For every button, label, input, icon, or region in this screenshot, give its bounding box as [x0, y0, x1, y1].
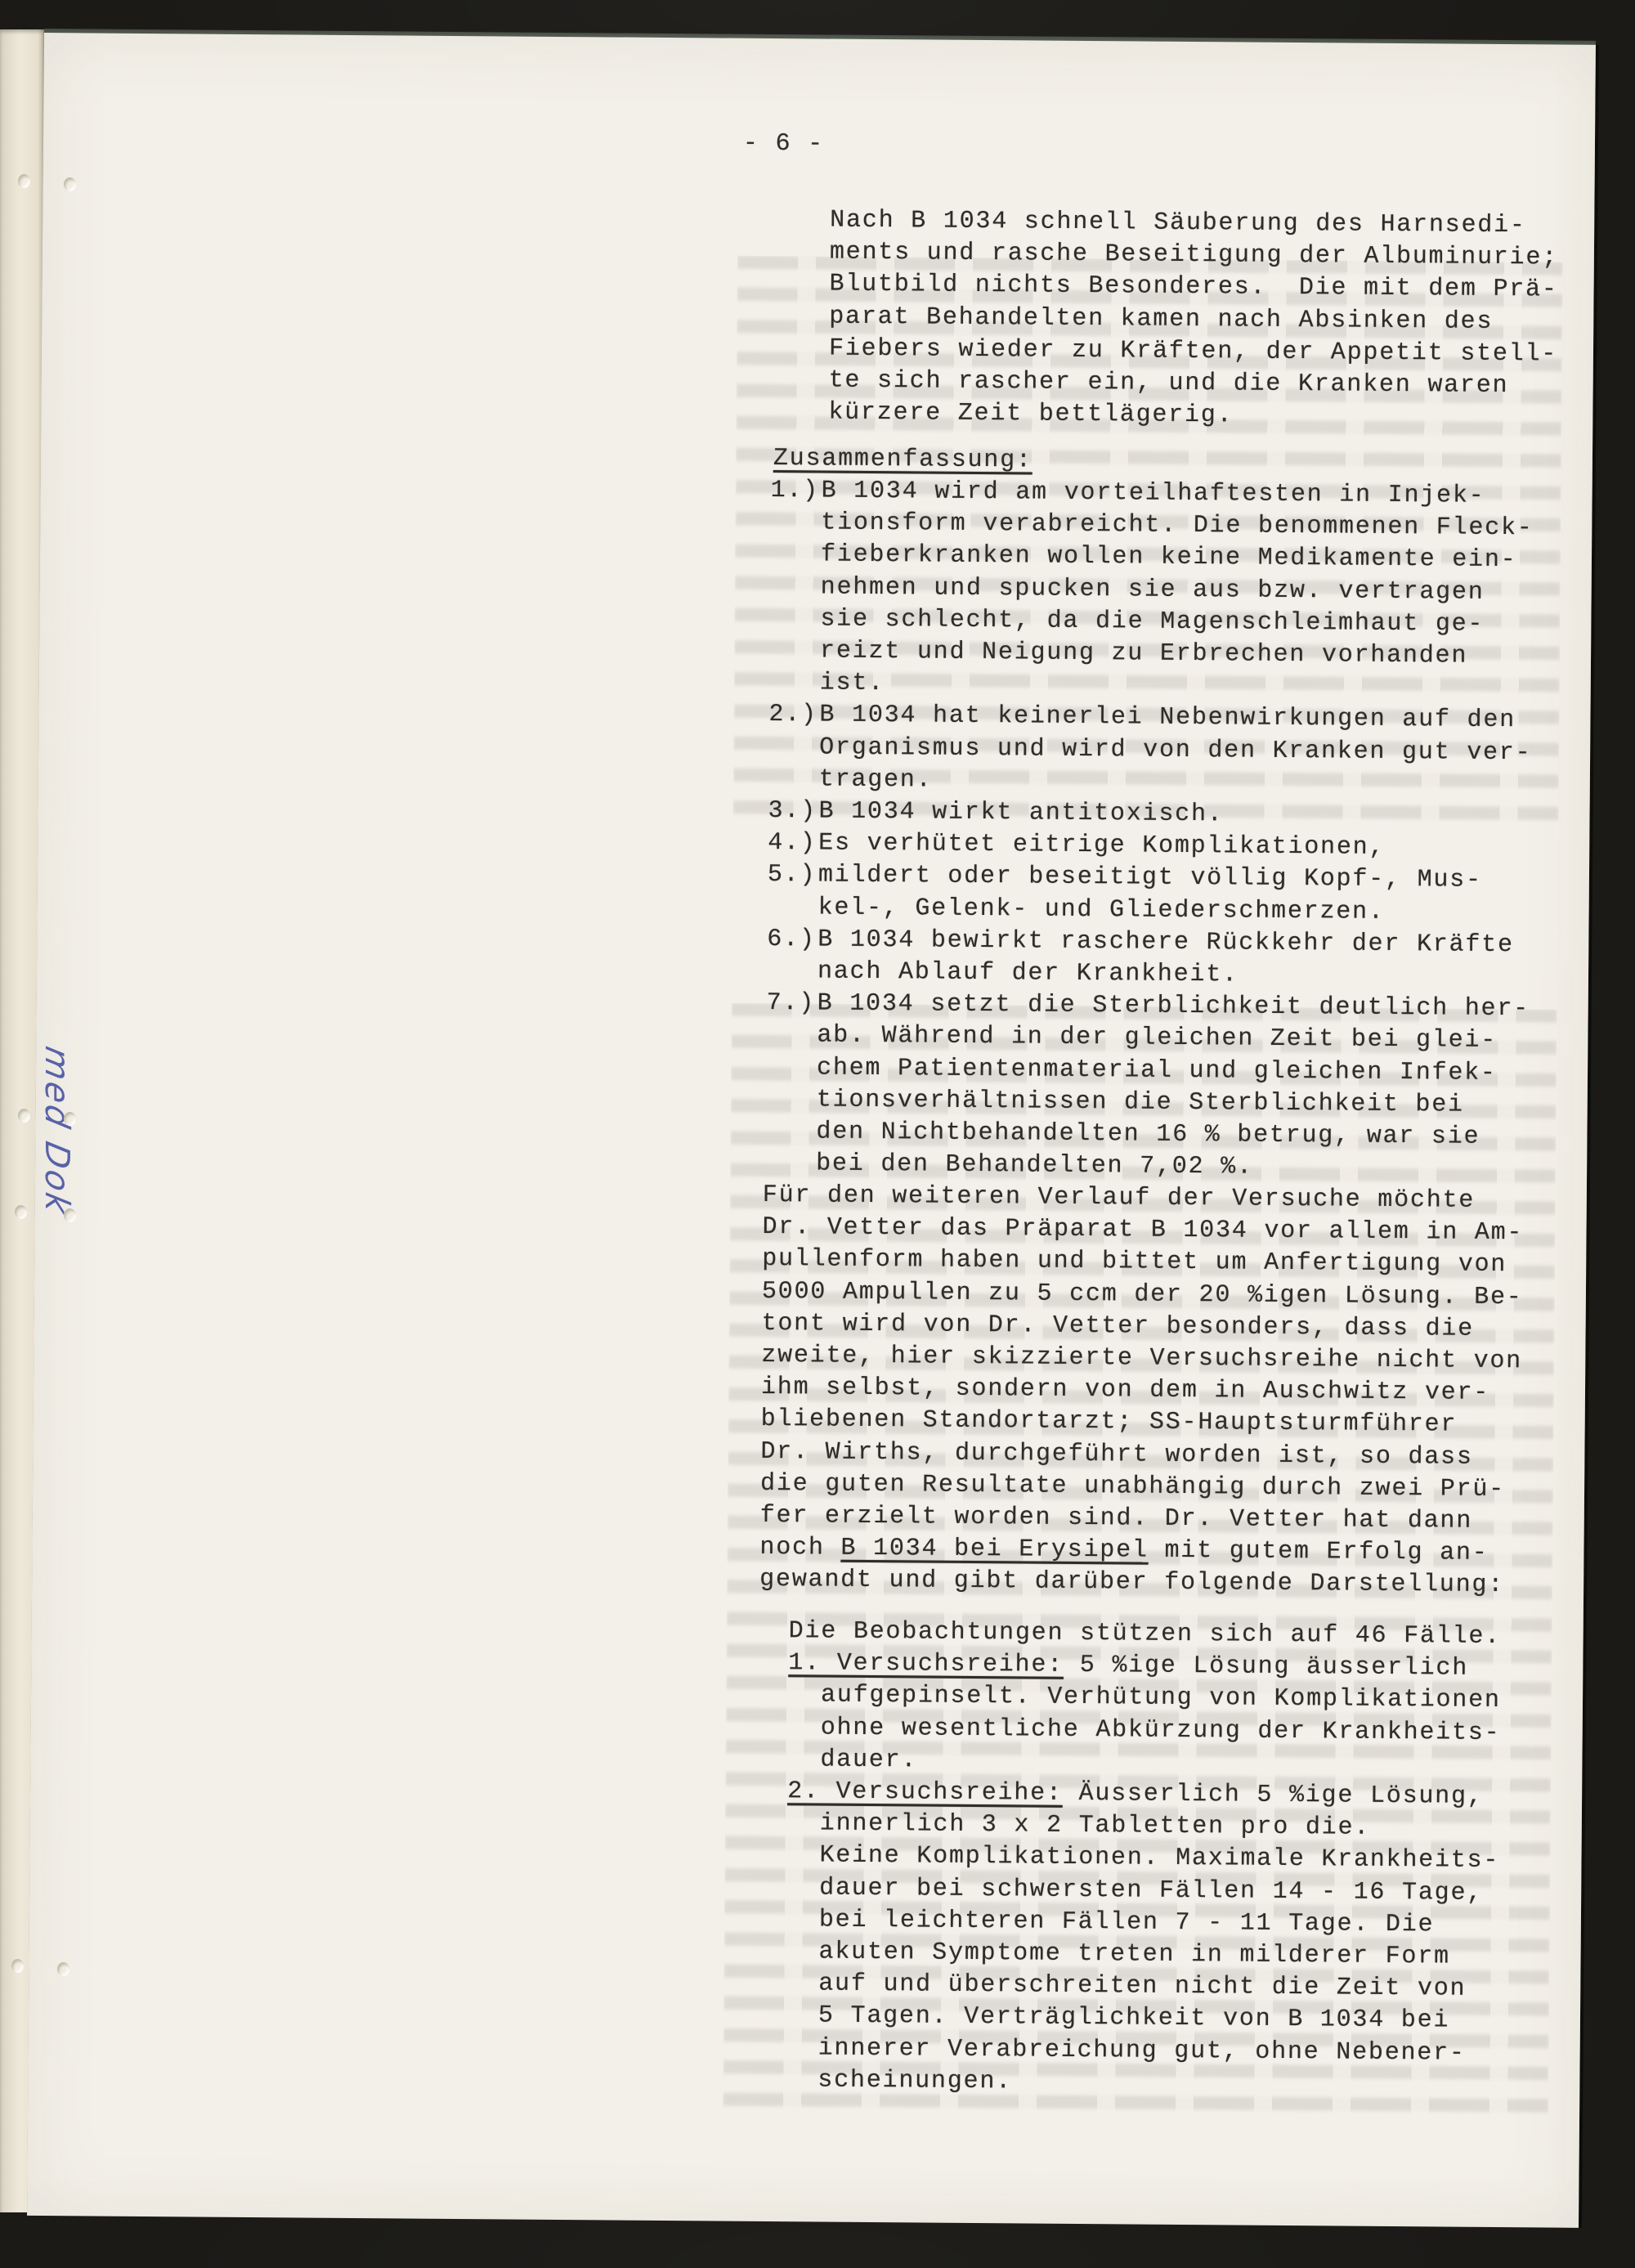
text-segment: Äusserlich 5 %ige Lösung, — [1063, 1780, 1484, 1811]
summary-item: 1.) B 1034 wird am vorteilhaftesten in I… — [769, 475, 1556, 706]
item-text: mildert oder beseitigt völlig Kopf-, Mus… — [817, 860, 1552, 930]
item-number: 3.) — [768, 796, 817, 828]
item-text: B 1034 bewirkt raschere Rückkehr der Krä… — [817, 924, 1552, 993]
margin-note-handwritten: med Dok — [34, 1042, 77, 1271]
underlined-phrase: B 1034 bei Erysipel — [840, 1535, 1149, 1565]
series-label: 2. Versuchsreihe: — [787, 1777, 1063, 1808]
text-line: scheinungen. — [817, 2064, 1545, 2102]
text-line: 5 Tagen. Verträglichkeit von B 1034 bei — [818, 2001, 1546, 2038]
text-line: nehmen und spucken sie aus bzw. vertrage… — [821, 571, 1555, 609]
scan-background: { "page": { "number_label": "- 6 -", "ma… — [0, 0, 1635, 2268]
punch-dent — [18, 1109, 30, 1123]
text-segment: noch — [759, 1534, 840, 1562]
text-line: B 1034 hat keinerlei Nebenwirkungen auf … — [819, 700, 1553, 737]
summary-heading: Zusammenfassung: — [773, 443, 1033, 477]
summary-list: 1.) B 1034 wird am vorteilhaftesten in I… — [765, 475, 1556, 1186]
series-text: aufgepinselt. Verhütung von Komplikation… — [787, 1680, 1548, 1782]
text-line: pullenform haben und bittet um Anfertigu… — [762, 1244, 1523, 1282]
series-text: innerlich 3 x 2 Tabletten pro die.Keine … — [785, 1808, 1548, 2102]
text-line: kürzere Zeit bettlägerig. — [828, 397, 1557, 435]
summary-item: 7.) B 1034 setzt die Sterblichkeit deutl… — [765, 988, 1552, 1186]
text-line: ab. Während in der gleichen Zeit bei gle… — [817, 1020, 1551, 1058]
item-number: 5.) — [768, 859, 817, 892]
text-line: bliebenen Standortarzt; SS-Hauptsturmfüh… — [761, 1404, 1522, 1442]
item-text: B 1034 setzt die Sterblichkeit deutlich … — [816, 988, 1552, 1186]
text-line: chem Patientenmaterial und gleichen Infe… — [817, 1052, 1551, 1090]
text-segment: mit gutem Erfolg an- — [1149, 1537, 1489, 1567]
text-line: reizt und Neigung zu Erbrechen vorhanden — [820, 635, 1554, 673]
item-number: 1.) — [770, 475, 819, 508]
observations-block: Die Beobachtungen stützen sich auf 46 Fä… — [785, 1616, 1549, 2102]
text-line: Blutbild nichts Besonderes. Die mit dem … — [829, 269, 1557, 307]
paragraph: Für den weiteren Verlauf der Versuche mö… — [759, 1180, 1524, 1602]
text-line: akuten Symptome treten in milderer Form — [818, 1937, 1546, 1974]
intro-paragraph: Nach B 1034 schnell Säuberung des Harnse… — [828, 205, 1558, 435]
series-1: 1. Versuchsreihe: 5 %ige Lösung äusserli… — [787, 1647, 1548, 1782]
text-line: mildert oder beseitigt völlig Kopf-, Mus… — [818, 860, 1552, 898]
punch-dent — [18, 174, 30, 188]
item-number: 4.) — [768, 827, 817, 860]
text-segment: 5 %ige Lösung äusserlich — [1064, 1652, 1468, 1683]
page-number: - 6 - — [743, 128, 824, 161]
text-line: dauer bei schwersten Fällen 14 - 16 Tage… — [819, 1872, 1547, 1910]
text-line: innerer Verabreichung gut, ohne Nebener- — [818, 2033, 1546, 2070]
text-line: Keine Komplikationen. Maximale Krankheit… — [819, 1840, 1547, 1878]
summary-heading-label: Zusammenfassung: — [773, 445, 1033, 474]
punch-dent — [64, 1112, 76, 1126]
item-number: 2.) — [768, 699, 817, 732]
document-page: - 6 - Nach B 1034 schnell Säuberung des … — [27, 33, 1596, 2228]
text-line: Organismus und wird von den Kranken gut … — [819, 732, 1553, 769]
series-2: 2. Versuchsreihe: Äusserlich 5 %ige Lösu… — [785, 1776, 1548, 2102]
punch-dent — [11, 1959, 24, 1973]
punch-dent — [57, 1962, 69, 1976]
summary-item: 5.) mildert oder beseitigt völlig Kopf-,… — [767, 859, 1552, 930]
text-line: aufgepinselt. Verhütung von Komplikation… — [821, 1680, 1548, 1718]
punch-dent — [15, 1205, 27, 1219]
summary-item: 2.) B 1034 hat keinerlei Nebenwirkungen … — [768, 699, 1554, 801]
text-line: fieberkranken wollen keine Medikamente e… — [821, 540, 1555, 577]
item-number: 6.) — [767, 924, 816, 957]
text-line: gewandt und gibt darüber folgende Darste… — [759, 1564, 1521, 1602]
text-line: bei leichteren Fällen 7 - 11 Tage. Die — [819, 1904, 1547, 1942]
item-text: B 1034 wird am vorteilhaftesten in Injek… — [820, 475, 1556, 705]
series-label: 1. Versuchsreihe: — [788, 1649, 1064, 1679]
text-line: ohne wesentliche Abkürzung der Krankheit… — [821, 1712, 1548, 1750]
item-number: 7.) — [767, 988, 816, 1020]
text-line: parat Behandelten kamen nach Absinken de… — [829, 301, 1557, 338]
summary-item: 6.) B 1034 bewirkt raschere Rückkehr der… — [767, 924, 1552, 994]
item-text: B 1034 hat keinerlei Nebenwirkungen auf … — [819, 700, 1554, 802]
punch-dent — [64, 177, 76, 191]
punch-dent — [64, 1208, 76, 1222]
paragraph-lines: Für den weiteren Verlauf der Versuche mö… — [760, 1180, 1524, 1539]
